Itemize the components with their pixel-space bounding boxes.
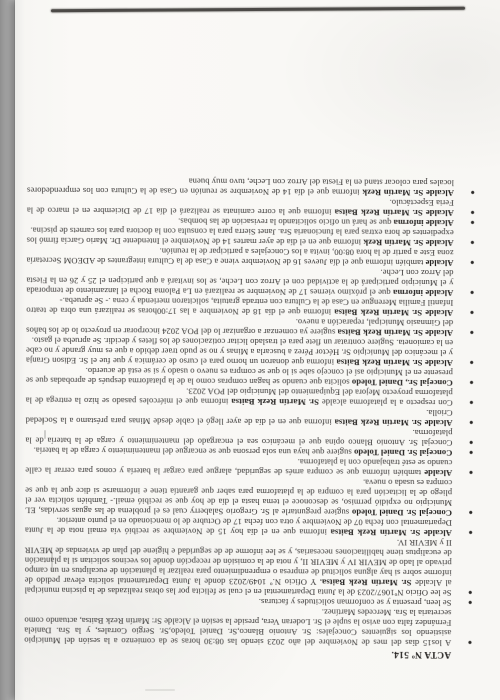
scanned-page: ACTA Nº 514. A los15 días del mes de Nov… [15, 0, 500, 700]
document-title: ACTA Nº 514. [24, 647, 451, 660]
bullet-item: Concejal Sr. Daniel Toledo sugiere pregu… [25, 476, 459, 519]
bullet-item: Alcalde Sr. Martín Rezk Baitsa informa q… [27, 196, 461, 219]
bullet-item: Alcalde Sr. Martín Rezk informa que en e… [27, 226, 461, 249]
bullet-item: Alcalde Sr. Martín Rezk informa que el d… [27, 176, 461, 199]
bullet-item: Alcalde Sr. Martín Rezk Baitsa informa q… [26, 336, 460, 369]
bullet-item: Alcalde informa que el próximo viernes 1… [26, 266, 460, 299]
bullet-item: Alcalde Sr. Martín Rezk Baitsa sugiere y… [26, 316, 460, 339]
bullet-item: Alcalde Sr. Martín Rezk Baitsa informa q… [26, 296, 460, 319]
bullet-list: A los15 días del mes de Noviembre del añ… [24, 176, 461, 649]
scanner-background: ACTA Nº 514. A los15 días del mes de Nov… [0, 0, 500, 700]
bullet-item: Concejal Sr. Antonio Blanco opina que el… [25, 426, 459, 449]
bullet-item: Alcalde también informa que el día Jueve… [27, 246, 461, 269]
bullet-item: Se lee Oficio Nº1067/2023 de la Junta De… [24, 536, 458, 599]
bullet-item: Alcalde también informa que se compra ar… [25, 456, 459, 479]
bullet-item: Concejal Sr., Daniel Toledo solicita que… [26, 366, 460, 389]
bullet-item: Con respecto a la plataforma alcalde Sr.… [26, 386, 460, 409]
document-content: ACTA Nº 514. A los15 días del mes de Nov… [15, 0, 500, 700]
bullet-item: A los15 días del mes de Noviembre del añ… [24, 606, 458, 649]
bullet-item: Alcalde Sr. Martín Rezk Baitsa informa q… [26, 406, 460, 429]
bullet-item: Alcalde Sr. Martín Rezk Baitsa informa q… [25, 516, 459, 539]
